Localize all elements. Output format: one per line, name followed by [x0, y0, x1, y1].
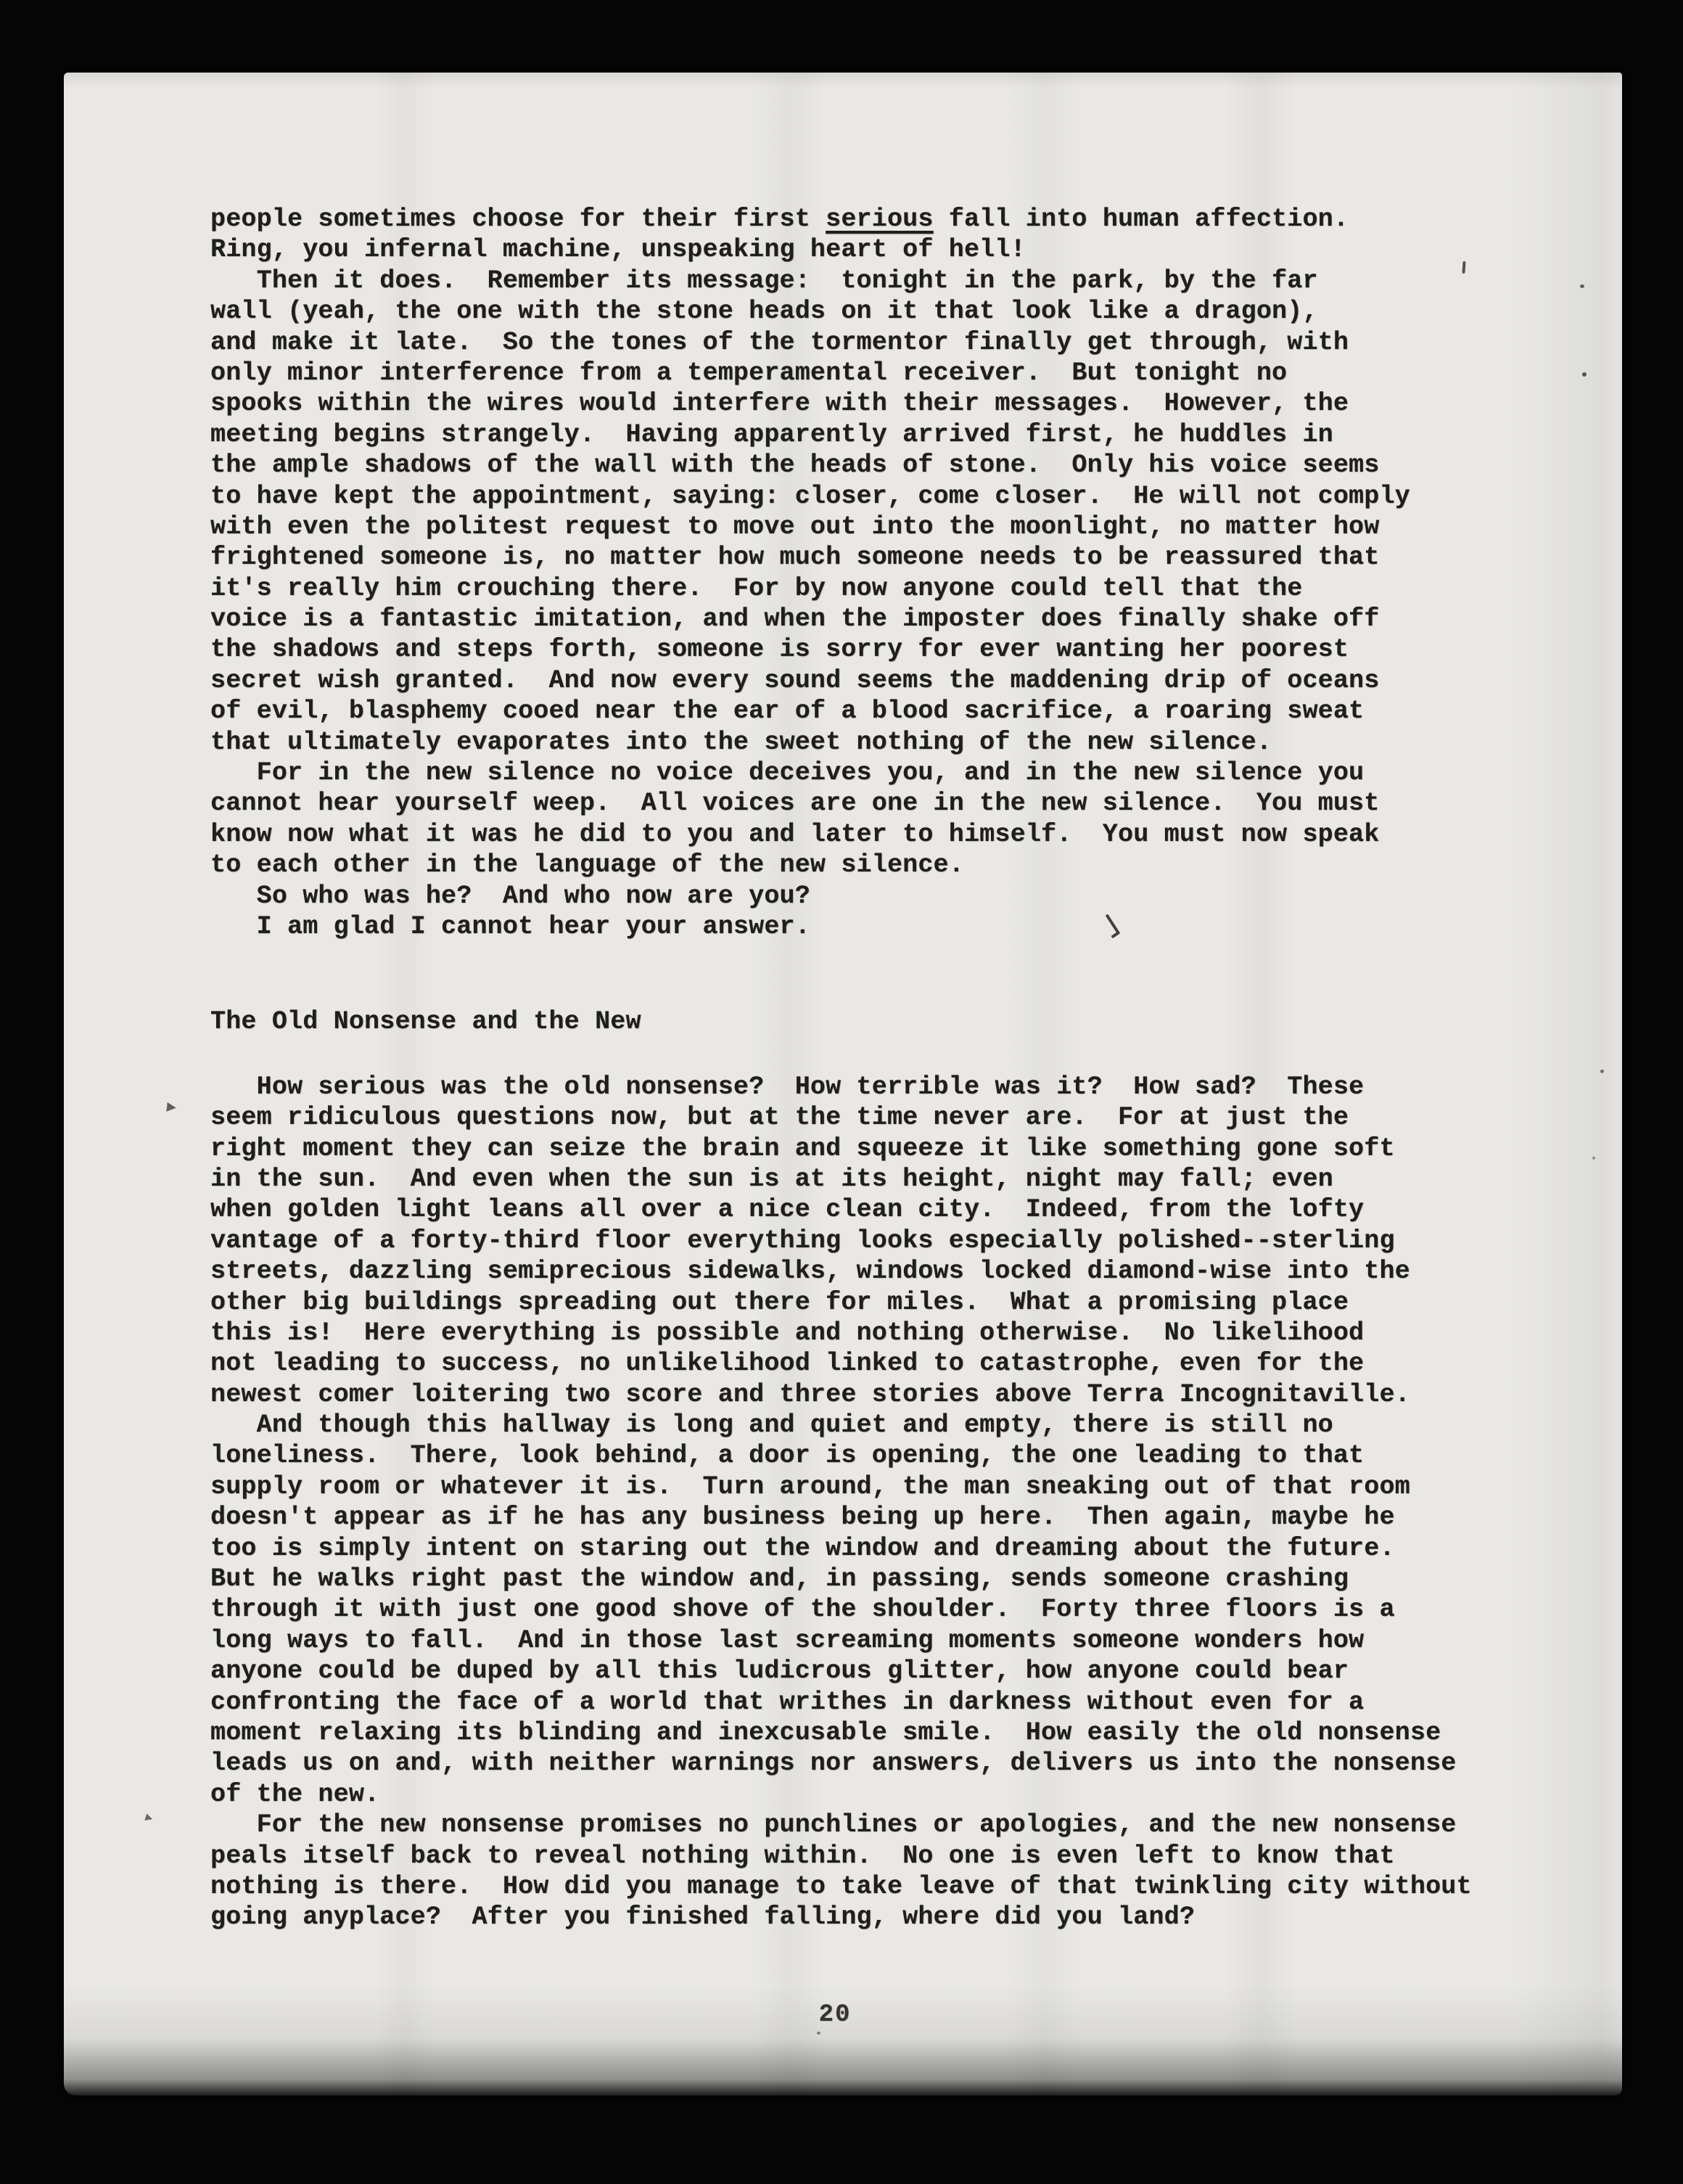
- text-line: For in the new silence no voice deceives…: [210, 758, 1589, 788]
- text-line: when golden light leans all over a nice …: [210, 1194, 1589, 1225]
- text-line: leads us on and, with neither warnings n…: [210, 1748, 1589, 1778]
- text-line: long ways to fall. And in those last scr…: [210, 1625, 1589, 1656]
- text-line: the ample shadows of the wall with the h…: [210, 450, 1589, 480]
- text-line: right moment they can seize the brain an…: [210, 1133, 1589, 1164]
- text-line: it's really him crouching there. For by …: [210, 573, 1589, 604]
- text-line: frightened someone is, no matter how muc…: [210, 542, 1589, 572]
- text-line: people sometimes choose for their first …: [210, 204, 1589, 234]
- text-line: only minor interference from a temperame…: [210, 358, 1589, 388]
- text-line: newest comer loitering two score and thr…: [210, 1379, 1589, 1410]
- text-line: not leading to success, no unlikelihood …: [210, 1348, 1589, 1379]
- text-line: of the new.: [210, 1779, 1589, 1810]
- paragraph-block-1: Ring, you infernal machine, unspeaking h…: [210, 234, 1589, 942]
- paper-sheet: people sometimes choose for their first …: [64, 73, 1622, 2095]
- page-number: 20: [791, 2001, 878, 2029]
- text-line: seem ridiculous questions now, but at th…: [210, 1102, 1589, 1133]
- scan-speck: [1580, 284, 1584, 288]
- text-line: through it with just one good shove of t…: [210, 1594, 1589, 1625]
- text-line: meeting begins strangely. Having apparen…: [210, 419, 1589, 450]
- text-segment: fall into human affection.: [934, 205, 1349, 234]
- text-line: and make it late. So the tones of the to…: [210, 327, 1589, 358]
- text-line: of evil, blasphemy cooed near the ear of…: [210, 696, 1589, 726]
- text-line: peals itself back to reveal nothing with…: [210, 1841, 1589, 1871]
- text-line: wall (yeah, the one with the stone heads…: [210, 296, 1589, 327]
- text-line: going anyplace? After you finished falli…: [210, 1902, 1589, 1932]
- text-line: Then it does. Remember its message: toni…: [210, 266, 1589, 296]
- text-line: moment relaxing its blinding and inexcus…: [210, 1717, 1589, 1748]
- paragraph-block-2: How serious was the old nonsense? How te…: [210, 1072, 1589, 1933]
- text-line: But he walks right past the window and, …: [210, 1564, 1589, 1594]
- text-line: supply room or whatever it is. Turn arou…: [210, 1471, 1589, 1502]
- text-line: doesn't appear as if he has any business…: [210, 1502, 1589, 1532]
- text-line: vantage of a forty-third floor everythin…: [210, 1226, 1589, 1256]
- text-line: to each other in the language of the new…: [210, 850, 1589, 880]
- text-line: cannot hear yourself weep. All voices ar…: [210, 788, 1589, 818]
- section-heading: The Old Nonsense and the New: [210, 1006, 1589, 1037]
- text-line: anyone could be duped by all this ludicr…: [210, 1656, 1589, 1686]
- text-line: And though this hallway is long and quie…: [210, 1410, 1589, 1440]
- scanned-page: people sometimes choose for their first …: [0, 0, 1683, 2184]
- text-line: I am glad I cannot hear your answer.: [210, 911, 1589, 942]
- scan-speck: [1592, 1157, 1595, 1159]
- text-line: secret wish granted. And now every sound…: [210, 665, 1589, 696]
- text-line: loneliness. There, look behind, a door i…: [210, 1440, 1589, 1471]
- text-line: in the sun. And even when the sun is at …: [210, 1164, 1589, 1194]
- text-line: For the new nonsense promises no punchli…: [210, 1810, 1589, 1840]
- text-line: with even the politest request to move o…: [210, 512, 1589, 542]
- vertical-gap: [210, 1038, 1589, 1072]
- text-line: streets, dazzling semiprecious sidewalks…: [210, 1256, 1589, 1286]
- text-line: this is! Here everything is possible and…: [210, 1318, 1589, 1348]
- text-line: the shadows and steps forth, someone is …: [210, 634, 1589, 665]
- text-line: spooks within the wires would interfere …: [210, 388, 1589, 419]
- text-line: confronting the face of a world that wri…: [210, 1687, 1589, 1717]
- scan-speck: [1600, 1070, 1604, 1073]
- text-line: So who was he? And who now are you?: [210, 881, 1589, 911]
- text-line: How serious was the old nonsense? How te…: [210, 1072, 1589, 1102]
- vertical-gap: [210, 942, 1589, 1006]
- text-segment: people sometimes choose for their first: [210, 205, 826, 234]
- scan-speck: [817, 2032, 820, 2035]
- text-line: nothing is there. How did you manage to …: [210, 1871, 1589, 1902]
- underlined-word: serious: [826, 205, 933, 234]
- text-line: other big buildings spreading out there …: [210, 1287, 1589, 1318]
- text-line: too is simply intent on staring out the …: [210, 1533, 1589, 1564]
- text-line: Ring, you infernal machine, unspeaking h…: [210, 234, 1589, 265]
- typewritten-text: people sometimes choose for their first …: [210, 204, 1589, 1933]
- margin-arrow-mark-icon: ▸: [166, 1096, 178, 1116]
- text-line: that ultimately evaporates into the swee…: [210, 727, 1589, 758]
- text-line: voice is a fantastic imitation, and when…: [210, 604, 1589, 634]
- scan-speck: [1582, 372, 1587, 377]
- text-line: to have kept the appointment, saying: cl…: [210, 481, 1589, 512]
- text-line: know now what it was he did to you and l…: [210, 819, 1589, 850]
